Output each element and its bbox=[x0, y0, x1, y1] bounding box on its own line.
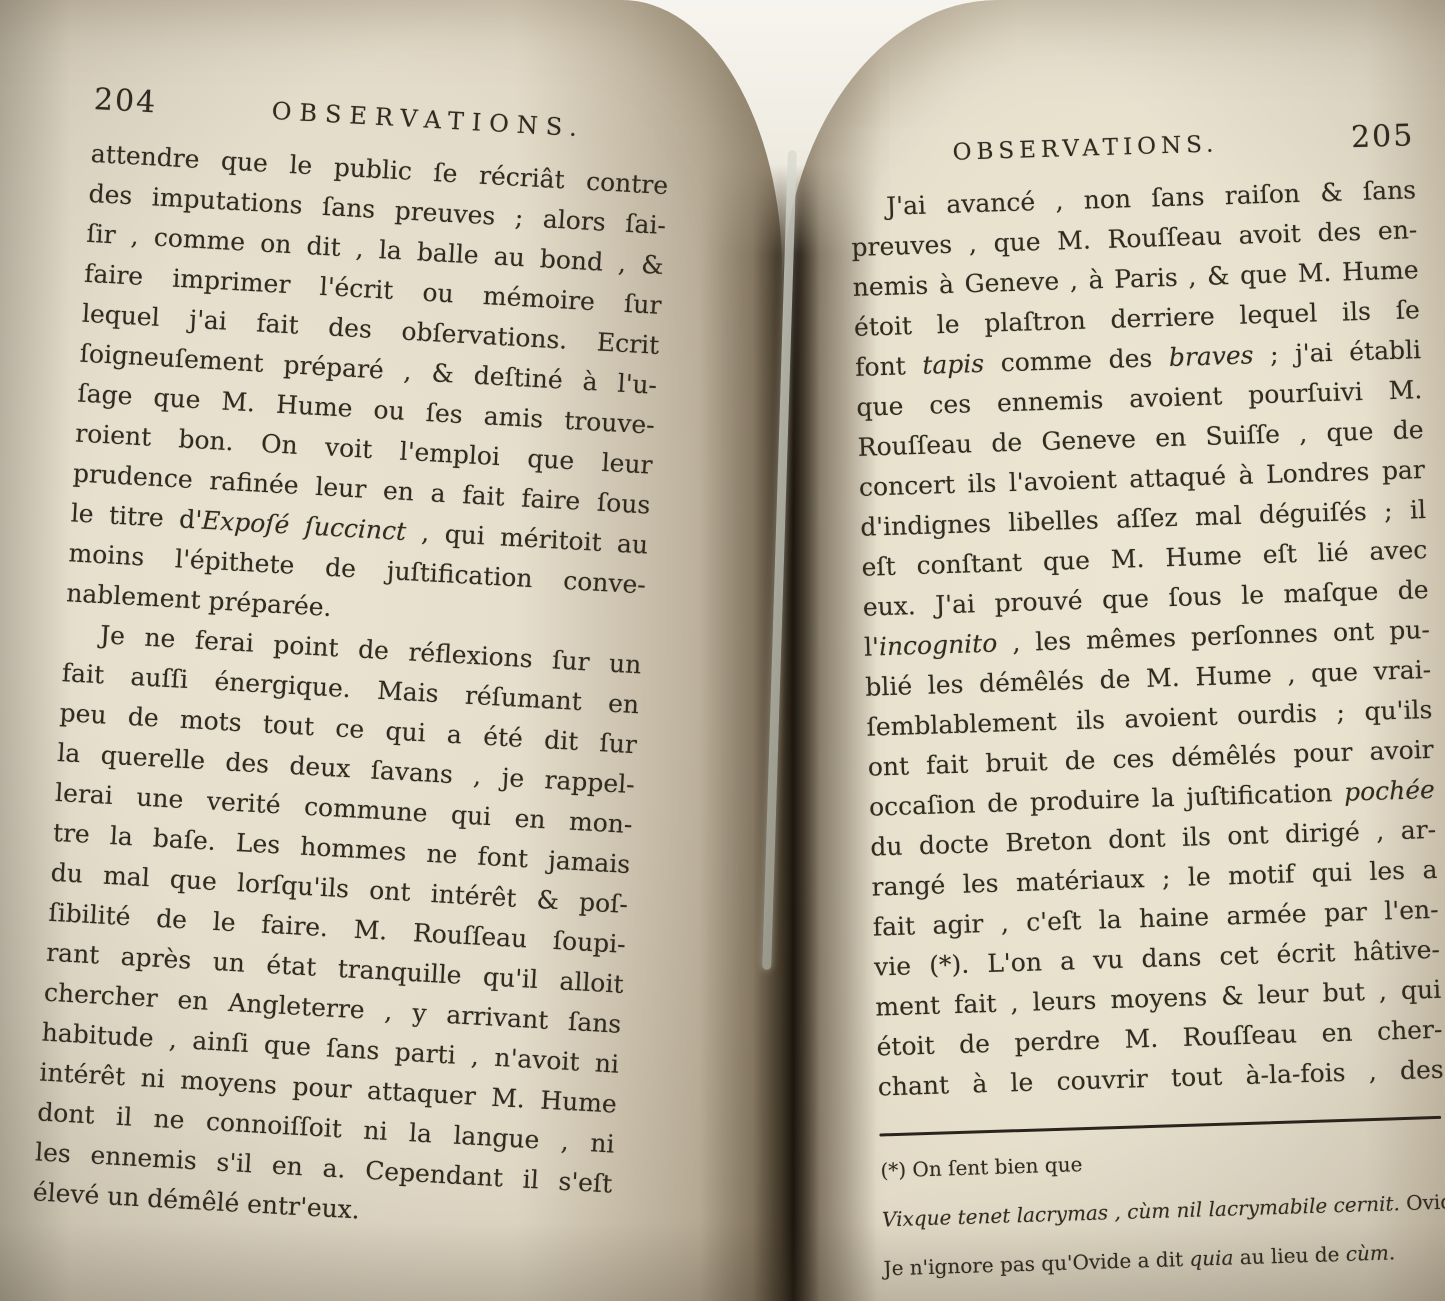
text-segment: font bbox=[855, 351, 923, 382]
italic-text: incognito bbox=[878, 629, 997, 662]
right-page-number: 205 bbox=[1322, 118, 1415, 156]
text-segment: au lieu de bbox=[1233, 1242, 1346, 1270]
left-page-text: 204 OBSERVATIONS. attendre que le public… bbox=[32, 82, 672, 1244]
left-body-text: attendre que le public ſe récriât contre… bbox=[32, 134, 669, 1245]
text-segment: ; j'ai établi bbox=[1253, 335, 1421, 369]
text-segment: Je n'ignore pas qu'Ovide a dit bbox=[883, 1247, 1190, 1281]
text-segment: comme des bbox=[984, 343, 1170, 378]
italic-text: pochée bbox=[1344, 775, 1436, 807]
text-segment: . bbox=[1388, 1240, 1395, 1264]
right-page-text: OBSERVATIONS. 205 J'ai avancé , non ſans… bbox=[848, 118, 1445, 1293]
italic-text: tapis bbox=[922, 349, 985, 380]
footnote: (*) On ſent bien queVixque tenet lacryma… bbox=[880, 1129, 1445, 1294]
italic-text: Vixque tenet lacrymas , cùm nil lacrymab… bbox=[882, 1191, 1400, 1231]
text-segment: (*) On ſent bien que bbox=[880, 1152, 1083, 1182]
text-segment: Ovid. bbox=[1399, 1189, 1445, 1215]
book-spread-photo: 204 OBSERVATIONS. attendre que le public… bbox=[0, 0, 1445, 1301]
italic-text: braves bbox=[1168, 340, 1253, 372]
left-page-number: 204 bbox=[93, 82, 187, 122]
italic-text: quia bbox=[1189, 1245, 1234, 1270]
italic-text: Expoſé ſuccinct bbox=[201, 506, 407, 546]
italic-text: cùm bbox=[1345, 1241, 1389, 1266]
right-body-text: J'ai avancé , non ſans raiſon & ſanspreu… bbox=[850, 170, 1445, 1107]
right-running-title: OBSERVATIONS. bbox=[848, 128, 1323, 169]
text-segment: l' bbox=[864, 632, 880, 661]
text-segment: le titre d' bbox=[70, 498, 203, 534]
